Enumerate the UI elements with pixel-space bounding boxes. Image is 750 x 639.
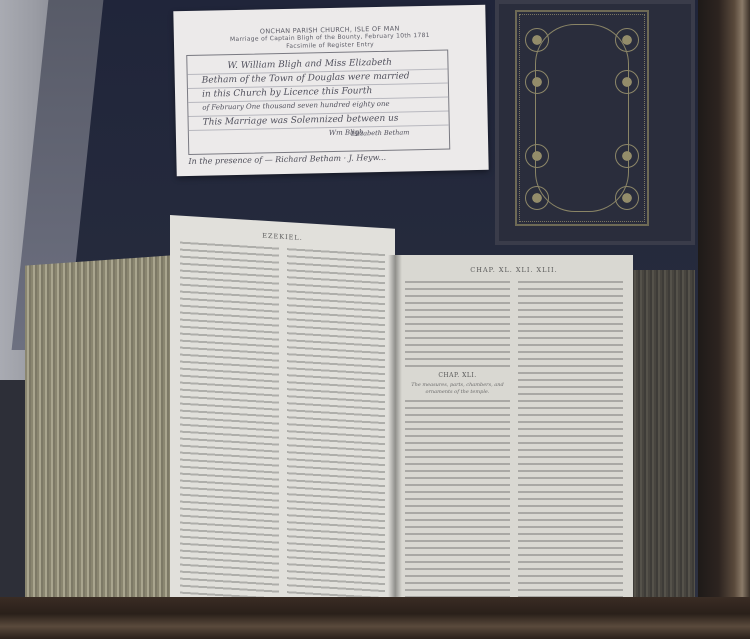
rosette-icon: [615, 28, 639, 52]
open-bible: EZEKIEL. CHAP. XL. XLI. XLII. CHAP. XLI.…: [20, 210, 710, 615]
witness-label: In the presence of —: [188, 155, 272, 166]
witness-names: Richard Betham · J. Heyw...: [275, 153, 386, 164]
display-case-photo: ONCHAN PARISH CHURCH, ISLE OF MAN Marria…: [0, 0, 750, 639]
rosette-icon: [615, 144, 639, 168]
decorated-book-cover: [495, 0, 695, 245]
wooden-frame-right: [698, 0, 750, 639]
rosette-icon: [615, 70, 639, 94]
rosette-icon: [525, 144, 549, 168]
gilt-border: [515, 10, 649, 226]
chapter-heading: CHAP. XLI.: [405, 372, 510, 379]
register-facsimile-card: ONCHAN PARISH CHURCH, ISLE OF MAN Marria…: [173, 5, 488, 176]
signature-bride: Elizabeth Betham: [351, 128, 410, 137]
chapter-summary: The measures, parts, chambers, and ornam…: [405, 382, 510, 397]
right-running-head: CHAP. XL. XLI. XLII.: [395, 255, 633, 274]
right-page: CHAP. XL. XLI. XLII. CHAP. XLI. The meas…: [395, 255, 633, 615]
rosette-icon: [525, 70, 549, 94]
scroll-ornament: [535, 24, 629, 212]
register-entry-box: W. William Bligh and Miss Elizabeth Beth…: [186, 50, 450, 155]
rosette-icon: [525, 186, 549, 210]
left-page: EZEKIEL.: [170, 215, 395, 624]
wooden-frame-bottom: [0, 597, 750, 639]
card-header: ONCHAN PARISH CHURCH, ISLE OF MAN Marria…: [173, 5, 486, 54]
right-page-column-2: [518, 278, 623, 615]
handwriting-line-1: W. William Bligh and Miss Elizabeth: [227, 58, 392, 71]
rosette-icon: [615, 186, 639, 210]
book-gutter: [388, 255, 402, 615]
left-page-column-1: [180, 239, 279, 605]
rosette-icon: [525, 28, 549, 52]
right-page-column-1: CHAP. XLI. The measures, parts, chambers…: [405, 278, 510, 615]
left-page-column-2: [287, 246, 386, 612]
page-edges-left: [25, 254, 185, 610]
witness-line: In the presence of — Richard Betham · J.…: [188, 153, 386, 166]
